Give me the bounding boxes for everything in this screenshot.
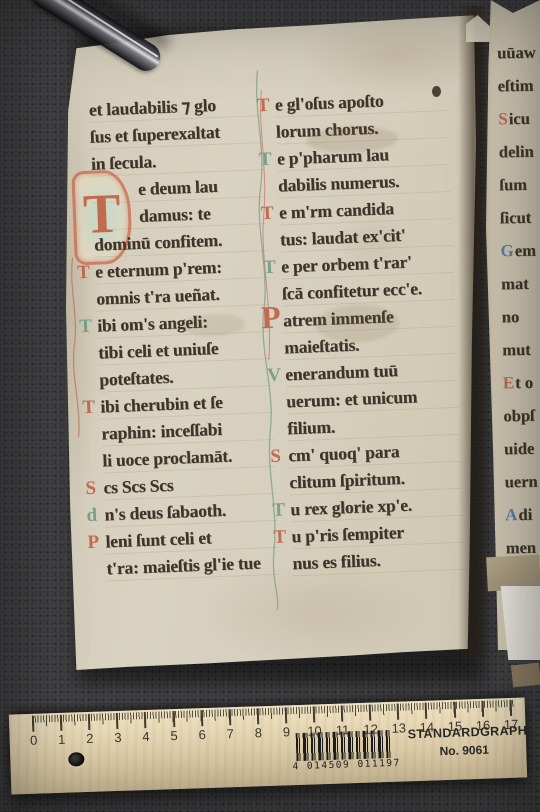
ink-spot [432, 86, 441, 97]
decorated-initial: T [82, 394, 96, 421]
ruler-number: 1 [53, 732, 71, 748]
ruler-number: 7 [221, 726, 239, 742]
text-line: uern [504, 465, 540, 499]
decorated-initial: T [273, 524, 287, 551]
decorated-initial: S [270, 443, 281, 470]
decorated-initial: S [85, 475, 96, 502]
text-line: ſum [499, 168, 540, 202]
ruler-hole [68, 752, 84, 767]
decorated-initial: P [261, 304, 281, 332]
ruler-number: 4 [137, 729, 155, 745]
decorated-initial: G [500, 241, 514, 260]
leather-tab [511, 663, 540, 688]
text-line: Gem [500, 234, 540, 268]
ruler-number: 5 [165, 728, 183, 744]
text-line: mat [501, 267, 540, 301]
decorated-initial: A [505, 505, 518, 524]
ruler-number: 0 [24, 732, 42, 748]
text-line: obpſ [503, 399, 540, 433]
ruler-number: 3 [109, 730, 127, 746]
facing-page-lines: uūaweſtimSicudelinſumſicutGemmatnomutEt … [497, 36, 540, 631]
ruler-number: 9 [277, 724, 295, 740]
decorated-initial: V [267, 362, 282, 389]
left-column: et laudabilis ⁊ gloſus et ſuperexaltatin… [88, 90, 279, 582]
page-writing-area: T et laudabilis ⁊ gloſus et ſuperexaltat… [51, 4, 488, 679]
decorated-initial: E [503, 373, 515, 392]
text-line: Adi [505, 498, 540, 532]
text-line: eſtim [497, 69, 538, 103]
text-line: mut [502, 333, 540, 367]
decorated-initial: T [258, 146, 272, 173]
decorated-initial: T [256, 92, 270, 119]
text-line: t'ra: maieſtis gl'ie tue [106, 549, 279, 583]
photo-frame: T et laudabilis ⁊ gloſus et ſuperexaltat… [0, 0, 540, 812]
ruler-model: No. 9061 [408, 742, 520, 760]
text-line: uide [504, 432, 540, 466]
decorated-initial: T [261, 200, 275, 227]
decorated-initial: d [86, 502, 97, 529]
text-line: uūaw [497, 36, 538, 70]
text-line: nus es filius. [292, 544, 465, 578]
manuscript-page: T et laudabilis ⁊ gloſus et ſuperexaltat… [64, 12, 476, 672]
text-line: Sicu [498, 102, 539, 136]
ruler-number: 6 [193, 727, 211, 743]
parchment-strip [486, 555, 540, 592]
ruler-number: 13 [390, 720, 408, 736]
text-line: ſicut [500, 201, 540, 235]
ruler: 01234567891011121314151617 4 014509 0111… [9, 697, 527, 794]
decorated-initial: T [77, 259, 91, 286]
decorated-initial: P [87, 529, 99, 556]
decorated-initial: T [272, 497, 286, 524]
ruler-number: 8 [249, 725, 267, 741]
ruler-brand: STANDARDGRAPH [407, 724, 519, 742]
decorated-initial: S [498, 109, 508, 128]
decorated-initial: T [79, 313, 93, 340]
text-line: no [501, 300, 540, 334]
gutter-shadow [458, 6, 486, 658]
decorated-initial: T [263, 254, 277, 281]
ruler-number: 2 [81, 731, 99, 747]
barcode [296, 730, 393, 761]
text-line: delin [499, 135, 540, 169]
text-line: Et o [503, 366, 540, 400]
